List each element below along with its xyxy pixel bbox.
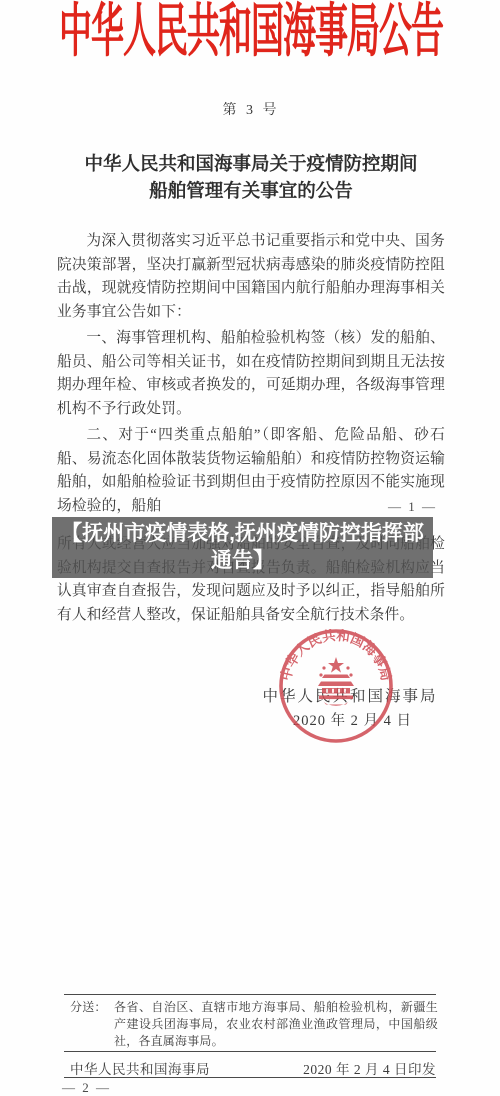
document-title-line2: 船舶管理有关事宜的公告: [56, 179, 446, 206]
document-title-line1: 中华人民共和国海事局关于疫情防控期间: [56, 152, 446, 179]
body-paragraph: 为深入贯彻落实习近平总书记重要指示和党中央、国务院决策部署，坚决打赢新型冠状病毒…: [57, 230, 445, 324]
official-seal-icon: 中华人民共和国海事局: [276, 626, 396, 746]
body-page1: 为深入贯彻落实习近平总书记重要指示和党中央、国务院决策部署，坚决打赢新型冠状病毒…: [57, 230, 445, 521]
print-date: 2020 年 2 月 4 日印发: [303, 1058, 436, 1078]
distribution-label: 分送：: [70, 999, 114, 1016]
national-emblem-icon: [318, 657, 354, 706]
page-number-2: — 2 —: [62, 1080, 111, 1096]
footer-divider: [64, 994, 436, 995]
document-title: 中华人民共和国海事局关于疫情防控期间 船舶管理有关事宜的公告: [56, 152, 446, 206]
issuer-row: 中华人民共和国海事局 2020 年 2 月 4 日印发: [70, 1058, 436, 1078]
overlay-caption: 【抚州市疫情表格,抚州疫情防控指挥部通告】: [52, 517, 433, 578]
announcement-document: 中华人民共和国海事局公告 第 3 号 中华人民共和国海事局关于疫情防控期间 船舶…: [0, 0, 500, 1096]
body-paragraph: 一、海事管理机构、船舶检验机构签（核）发的船舶、船员、船公司等相关证书，如在疫情…: [57, 327, 445, 421]
masthead-title: 中华人民共和国海事局公告: [56, 5, 446, 63]
footer-divider: [64, 1077, 436, 1078]
page-number-1: — 1 —: [388, 499, 437, 515]
svg-text:中华人民共和国海事局: 中华人民共和国海事局: [277, 627, 394, 682]
issuer-agency: 中华人民共和国海事局: [70, 1058, 210, 1078]
body-paragraph: 二、对于“四类重点船舶”（即客船、危险品船、砂石船、易流态化固体散装货物运输船舶…: [57, 424, 445, 518]
footer-divider: [64, 1051, 436, 1052]
distribution-block: 分送： 各省、自治区、直辖市地方海事局、船舶检验机构，新疆生产建设兵团海事局，农…: [70, 999, 438, 1049]
distribution-text: 各省、自治区、直辖市地方海事局、船舶检验机构，新疆生产建设兵团海事局，农业农村部…: [114, 999, 438, 1049]
seal-arc-text: 中华人民共和国海事局: [277, 627, 394, 682]
issue-number: 第 3 号: [56, 99, 446, 119]
